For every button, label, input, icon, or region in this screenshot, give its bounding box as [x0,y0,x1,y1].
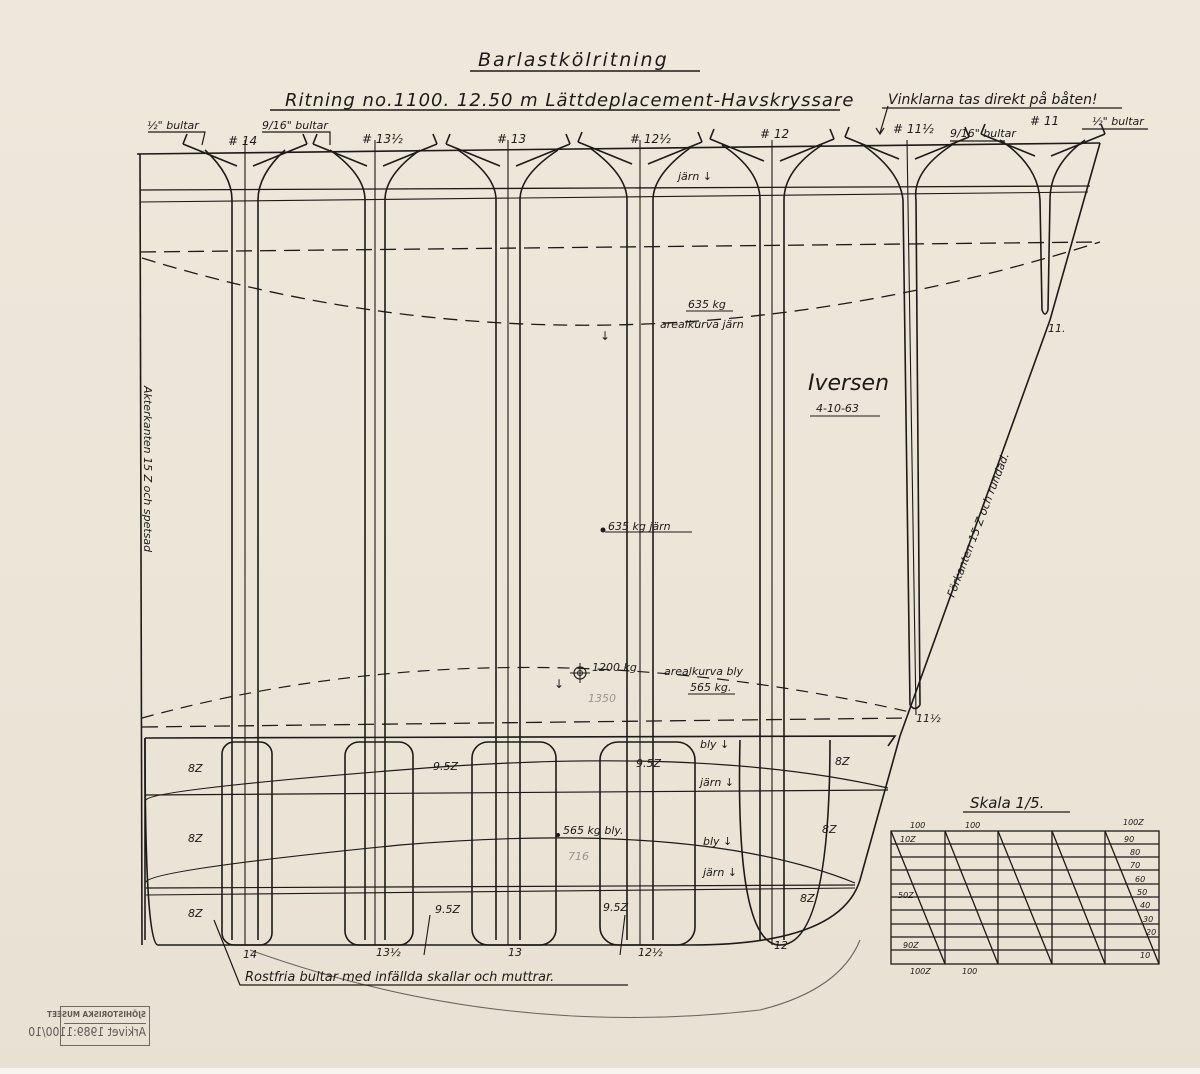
frame-bottom-13: 13 [508,946,522,959]
frame-bottom-14: 14 [243,948,257,961]
drawing-title: Barlastkölritning [478,49,669,71]
frame-bottom-12-5: 12½ [638,946,663,959]
bolt-dim: 8Z [188,907,203,920]
scale-label: 10 [1140,951,1150,960]
frame-label-13: # 13 [497,132,526,146]
bolt-label-half-inch-left: ½" bultar [147,119,200,132]
bolt-dim: 8Z [822,823,837,836]
frame-top-labels: # 14 # 13½ # 13 # 12½ # 12 # 11½ # 11 [228,114,1059,148]
scale-label: 90 [1124,835,1134,844]
drawing-sheet: Barlastkölritning Ritning no.1100. 12.50… [0,0,1200,1074]
bolt-dim: 8Z [188,832,203,845]
aft-edge-note: Akterkanten 15 Z och spetsad [141,385,154,553]
scale-label: 100Z [910,967,931,976]
frame-label-14: # 14 [228,134,257,148]
label-areal-curve-iron: arealkurva järn [660,318,744,331]
frame-bottom-12: 12 [774,939,788,952]
stamp-museum: SJÖHISTORISKA MUSEET [64,1009,146,1024]
arrow-down-icon: ↓ [600,329,610,343]
label-565kg: 565 kg. [690,681,731,694]
bolt-dim: 8Z [188,762,203,775]
scale-label: 30 [1143,915,1153,924]
scale-label: 20 [1146,928,1156,937]
label-jarn-top: järn ↓ [676,170,712,183]
scale-label: 50 [1137,888,1147,897]
label-1200kg: 1200 kg [592,661,637,674]
scale-label: 10Z [900,835,916,844]
scale-label: 100 [962,967,977,976]
frame-mark-11: 11. [1048,322,1066,335]
scale-label: 100 [910,821,925,830]
scale-label: 40 [1140,901,1150,910]
frame-label-13-5: # 13½ [362,132,403,146]
angles-note: Vinklarna tas direkt på båten! [888,91,1098,108]
scale-label: 80 [1130,848,1140,857]
fore-edge-note: Förkanten 15 Z och rundad. [945,451,1012,599]
title-block: Barlastkölritning Ritning no.1100. 12.50… [270,49,1122,134]
archive-stamp: SJÖHISTORISKA MUSEET Arkivet 1989:1100/1… [60,1006,150,1046]
label-bly-1: bly ↓ [700,738,729,751]
label-635kg: 635 kg [688,298,726,311]
frame-label-12: # 12 [760,127,789,141]
scale-diagram: Skala 1/5. 100 100 100Z [891,794,1159,976]
frame-bottom-13-5: 13½ [376,946,401,959]
scale-label: 100Z [1123,818,1144,827]
bolt-dim: 9.5Z [636,757,661,770]
bolt-label-half-inch-right: ½" bultar [1092,115,1145,128]
scale-label: 90Z [903,941,919,950]
frame-label-11-5: # 11½ [893,122,934,136]
bolt-dim: 9.5Z [435,903,460,916]
scale-label: 50Z [898,891,914,900]
bolts-note: Rostfria bultar med infällda skallar och… [245,970,554,985]
drawing-subtitle: Ritning no.1100. 12.50 m Lättdeplacement… [285,90,854,111]
scale-label: 100 [965,821,980,830]
stamp-archive-number: Arkivet 1989:1100/10 [64,1024,146,1038]
arrow-down-icon: ↓ [554,677,564,691]
keel-drawing: Barlastkölritning Ritning no.1100. 12.50… [0,0,1200,1074]
annotations: järn ↓ 635 kg arealkurva järn ↓ Iversen … [141,170,1066,985]
frame-label-12-5: # 12½ [630,132,671,146]
label-areal-curve-lead: arealkurva bly [664,665,743,678]
pencil-716: 716 [568,850,589,863]
frame-mark-11-5: 11½ [916,712,941,725]
label-bly-2: bly ↓ [703,835,732,848]
label-565kg-bly: 565 kg bly. [563,824,624,837]
bolt-dim: 8Z [835,755,850,768]
label-jarn-2: järn ↓ [701,866,737,879]
scale-label: 60 [1135,875,1145,884]
scale-label: 70 [1130,861,1140,870]
signature: Iversen [808,371,889,396]
bolt-dim: 8Z [800,892,815,905]
bolt-dim: 9.5Z [603,901,628,914]
label-635kg-jarn: 635 kg järn [608,520,671,533]
bolt-label-916-left: 9/16" bultar [262,119,329,132]
label-jarn-1: järn ↓ [698,776,734,789]
paper-edge [0,1068,1200,1074]
center-of-gravity-icon [570,663,590,683]
frame-label-11: # 11 [1030,114,1059,128]
bolt-dim: 9.5Z [433,760,458,773]
pencil-1350: 1350 [588,692,616,705]
date: 4-10-63 [816,402,859,415]
scale-title: Skala 1/5. [970,794,1044,812]
